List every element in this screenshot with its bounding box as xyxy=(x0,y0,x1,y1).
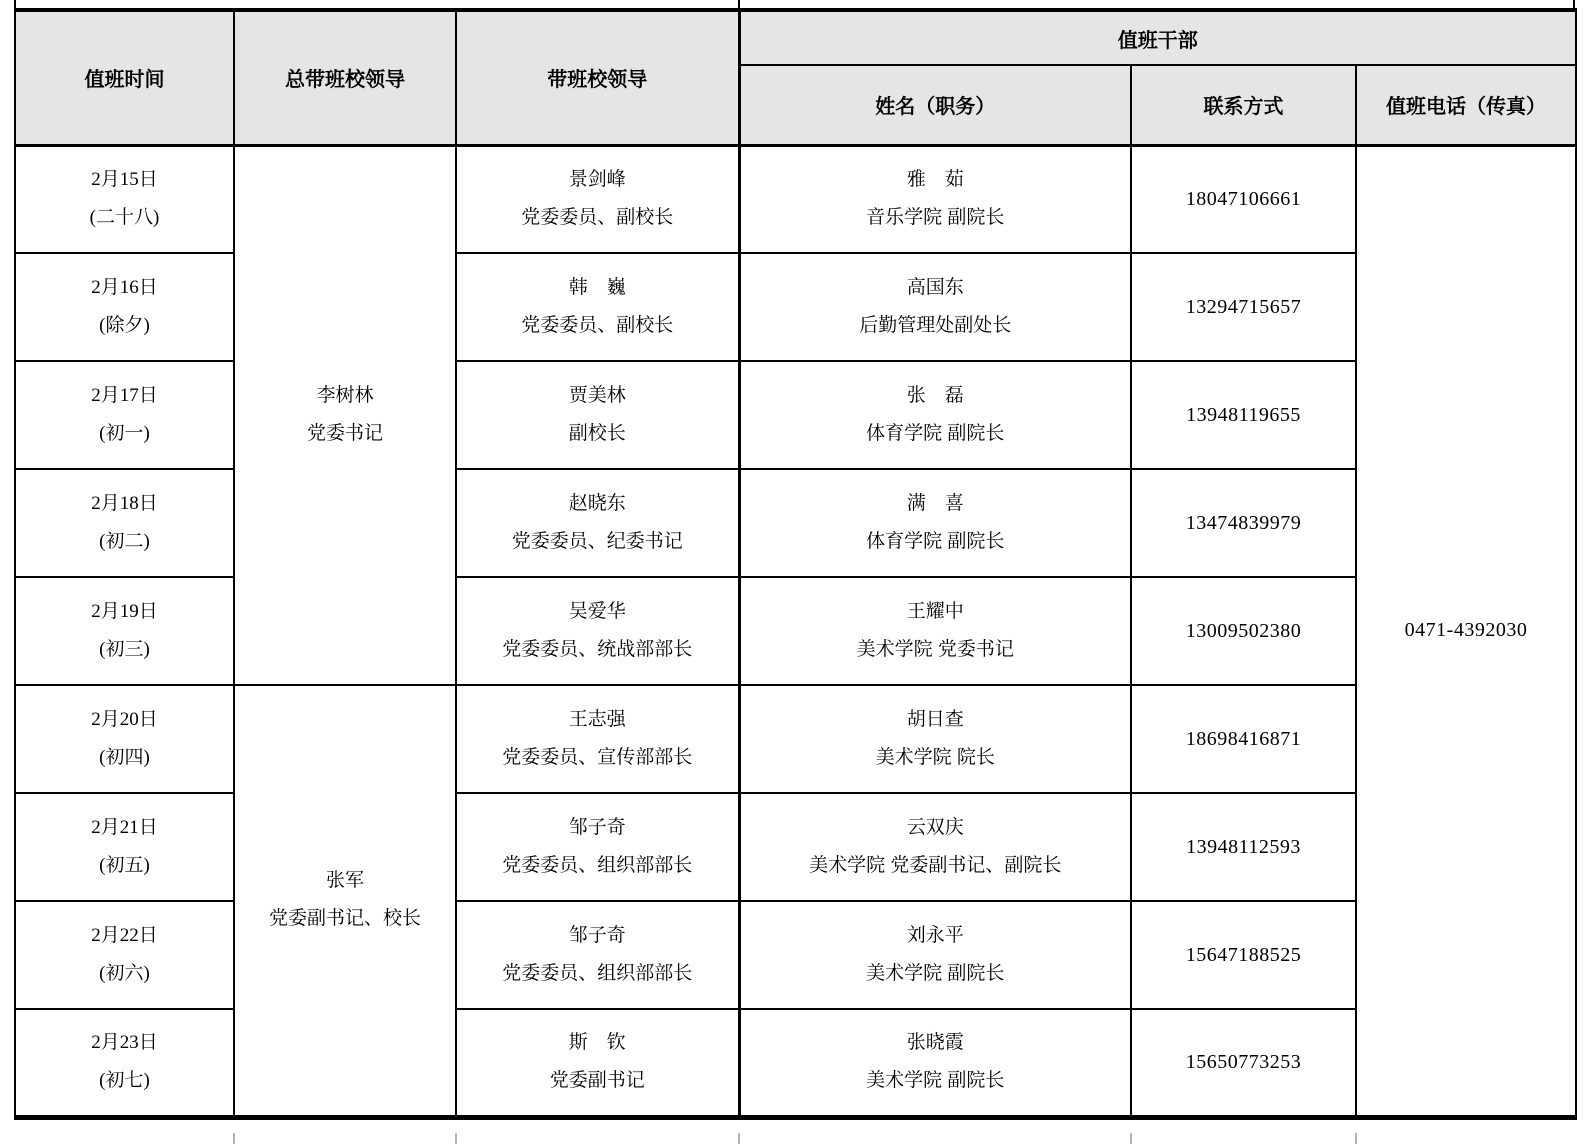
lead-leader-cell: 景剑峰 党委委员、副校长 xyxy=(456,145,739,253)
lead-leader-name: 邹子奇 xyxy=(457,809,738,847)
duty-date: 2月15日 xyxy=(16,161,233,199)
lead-leader-cell: 吴爱华 党委委员、统战部部长 xyxy=(456,577,739,685)
header-chief-leader: 总带班校领导 xyxy=(234,10,456,145)
duty-date: 2月18日 xyxy=(16,485,233,523)
duty-date-cell: 2月19日 (初三) xyxy=(15,577,234,685)
cadre-cell: 雅 茹 音乐学院 副院长 xyxy=(739,145,1131,253)
cadre-name: 张 磊 xyxy=(741,377,1131,415)
lead-leader-cell: 邹子奇 党委委员、组织部部长 xyxy=(456,901,739,1009)
cadre-cell: 刘永平 美术学院 副院长 xyxy=(739,901,1131,1009)
cadre-phone: 13294715657 xyxy=(1131,253,1356,361)
cadre-cell: 云双庆 美术学院 党委副书记、副院长 xyxy=(739,793,1131,901)
duty-phone-fax-cell: 0471-4392030 xyxy=(1356,145,1576,1117)
lead-leader-name: 赵晓东 xyxy=(457,485,738,523)
cadre-title: 美术学院 副院长 xyxy=(741,1062,1131,1100)
cadre-title: 美术学院 院长 xyxy=(741,739,1131,777)
lead-leader-name: 斯 钦 xyxy=(457,1024,738,1062)
lead-leader-name: 贾美林 xyxy=(457,377,738,415)
duty-lunar-date: (初四) xyxy=(16,739,233,777)
chief-leader-cell: 李树林 党委书记 xyxy=(234,145,456,685)
duty-lunar-date: (初一) xyxy=(16,415,233,453)
lead-leader-title: 党委副书记 xyxy=(457,1062,738,1100)
duty-lunar-date: (初三) xyxy=(16,631,233,669)
duty-lunar-date: (初二) xyxy=(16,523,233,561)
table-row: 2月15日 (二十八) 李树林 党委书记 景剑峰 党委委员、副校长 雅 茹 音乐… xyxy=(15,145,1576,253)
header-duty-cadre-group: 值班干部 xyxy=(739,10,1576,65)
lead-leader-cell: 邹子奇 党委委员、组织部部长 xyxy=(456,793,739,901)
lead-leader-cell: 斯 钦 党委副书记 xyxy=(456,1009,739,1117)
cadre-phone: 13474839979 xyxy=(1131,469,1356,577)
cadre-cell: 高国东 后勤管理处副处长 xyxy=(739,253,1131,361)
cadre-name: 胡日查 xyxy=(741,701,1131,739)
lead-leader-name: 景剑峰 xyxy=(457,161,738,199)
cadre-name: 雅 茹 xyxy=(741,161,1131,199)
duty-date-cell: 2月18日 (初二) xyxy=(15,469,234,577)
lead-leader-cell: 韩 巍 党委委员、副校长 xyxy=(456,253,739,361)
header-name-position: 姓名（职务） xyxy=(739,65,1131,145)
lead-leader-name: 王志强 xyxy=(457,701,738,739)
chief-leader-title: 党委书记 xyxy=(235,415,455,453)
lead-leader-title: 党委委员、宣传部部长 xyxy=(457,739,738,777)
duty-date: 2月17日 xyxy=(16,377,233,415)
cropped-row-above xyxy=(0,0,1592,8)
cadre-name: 刘永平 xyxy=(741,917,1131,955)
cadre-cell: 张晓霞 美术学院 副院长 xyxy=(739,1009,1131,1117)
bottom-border-stub xyxy=(738,1133,740,1144)
chief-leader-cell: 张军 党委副书记、校长 xyxy=(234,685,456,1117)
duty-lunar-date: (二十八) xyxy=(16,199,233,237)
chief-leader-name: 李树林 xyxy=(235,377,455,415)
duty-date: 2月21日 xyxy=(16,809,233,847)
cadre-name: 高国东 xyxy=(741,269,1131,307)
cadre-phone: 13009502380 xyxy=(1131,577,1356,685)
cadre-phone: 13948119655 xyxy=(1131,361,1356,469)
lead-leader-title: 党委委员、副校长 xyxy=(457,199,738,237)
cadre-name: 满 喜 xyxy=(741,485,1131,523)
cadre-title: 美术学院 副院长 xyxy=(741,955,1131,993)
duty-date-cell: 2月20日 (初四) xyxy=(15,685,234,793)
lead-leader-name: 吴爱华 xyxy=(457,593,738,631)
cadre-title: 音乐学院 副院长 xyxy=(741,199,1131,237)
duty-date: 2月16日 xyxy=(16,269,233,307)
cadre-title: 体育学院 副院长 xyxy=(741,415,1131,453)
top-border-stub xyxy=(738,0,740,8)
header-duty-phone-fax: 值班电话（传真） xyxy=(1356,65,1576,145)
cadre-title: 美术学院 党委书记 xyxy=(741,631,1131,669)
duty-lunar-date: (除夕) xyxy=(16,307,233,345)
lead-leader-cell: 贾美林 副校长 xyxy=(456,361,739,469)
lead-leader-title: 党委委员、统战部部长 xyxy=(457,631,738,669)
lead-leader-name: 韩 巍 xyxy=(457,269,738,307)
duty-date-cell: 2月15日 (二十八) xyxy=(15,145,234,253)
duty-lunar-date: (初七) xyxy=(16,1062,233,1100)
duty-date: 2月22日 xyxy=(16,917,233,955)
duty-date: 2月23日 xyxy=(16,1024,233,1062)
duty-date: 2月19日 xyxy=(16,593,233,631)
chief-leader-name: 张军 xyxy=(235,862,455,900)
lead-leader-title: 副校长 xyxy=(457,415,738,453)
lead-leader-cell: 王志强 党委委员、宣传部部长 xyxy=(456,685,739,793)
duty-date-cell: 2月23日 (初七) xyxy=(15,1009,234,1117)
duty-lunar-date: (初六) xyxy=(16,955,233,993)
table-row: 2月20日 (初四) 张军 党委副书记、校长 王志强 党委委员、宣传部部长 胡日… xyxy=(15,685,1576,793)
lead-leader-title: 党委委员、纪委书记 xyxy=(457,523,738,561)
cadre-name: 张晓霞 xyxy=(741,1024,1131,1062)
header-lead-leader: 带班校领导 xyxy=(456,10,739,145)
bottom-border-stub xyxy=(233,1133,235,1144)
cadre-name: 云双庆 xyxy=(741,809,1131,847)
lead-leader-title: 党委委员、组织部部长 xyxy=(457,847,738,885)
lead-leader-title: 党委委员、组织部部长 xyxy=(457,955,738,993)
top-border-stub xyxy=(1573,0,1575,8)
cadre-phone: 18698416871 xyxy=(1131,685,1356,793)
duty-date: 2月20日 xyxy=(16,701,233,739)
duty-lunar-date: (初五) xyxy=(16,847,233,885)
duty-date-cell: 2月22日 (初六) xyxy=(15,901,234,1009)
cadre-phone: 15647188525 xyxy=(1131,901,1356,1009)
bottom-border-stub xyxy=(1130,1133,1132,1144)
chief-leader-title: 党委副书记、校长 xyxy=(235,900,455,938)
lead-leader-title: 党委委员、副校长 xyxy=(457,307,738,345)
cadre-name: 王耀中 xyxy=(741,593,1131,631)
header-duty-time: 值班时间 xyxy=(15,10,234,145)
cadre-cell: 胡日查 美术学院 院长 xyxy=(739,685,1131,793)
cadre-title: 美术学院 党委副书记、副院长 xyxy=(741,847,1131,885)
bottom-border-stub xyxy=(1355,1133,1357,1144)
cadre-phone: 18047106661 xyxy=(1131,145,1356,253)
header-contact: 联系方式 xyxy=(1131,65,1356,145)
top-border-stub xyxy=(14,0,16,8)
cadre-title: 体育学院 副院长 xyxy=(741,523,1131,561)
lead-leader-cell: 赵晓东 党委委员、纪委书记 xyxy=(456,469,739,577)
cadre-cell: 王耀中 美术学院 党委书记 xyxy=(739,577,1131,685)
duty-date-cell: 2月16日 (除夕) xyxy=(15,253,234,361)
duty-roster-page: 值班时间 总带班校领导 带班校领导 值班干部 姓名（职务） 联系方式 值班电话（… xyxy=(0,0,1592,1146)
bottom-border-stub xyxy=(455,1133,457,1144)
cadre-cell: 张 磊 体育学院 副院长 xyxy=(739,361,1131,469)
duty-roster-table: 值班时间 总带班校领导 带班校领导 值班干部 姓名（职务） 联系方式 值班电话（… xyxy=(14,8,1577,1120)
lead-leader-name: 邹子奇 xyxy=(457,917,738,955)
cadre-cell: 满 喜 体育学院 副院长 xyxy=(739,469,1131,577)
duty-date-cell: 2月21日 (初五) xyxy=(15,793,234,901)
cropped-row-below xyxy=(0,1128,1592,1146)
cadre-phone: 15650773253 xyxy=(1131,1009,1356,1117)
cadre-phone: 13948112593 xyxy=(1131,793,1356,901)
cadre-title: 后勤管理处副处长 xyxy=(741,307,1131,345)
duty-date-cell: 2月17日 (初一) xyxy=(15,361,234,469)
